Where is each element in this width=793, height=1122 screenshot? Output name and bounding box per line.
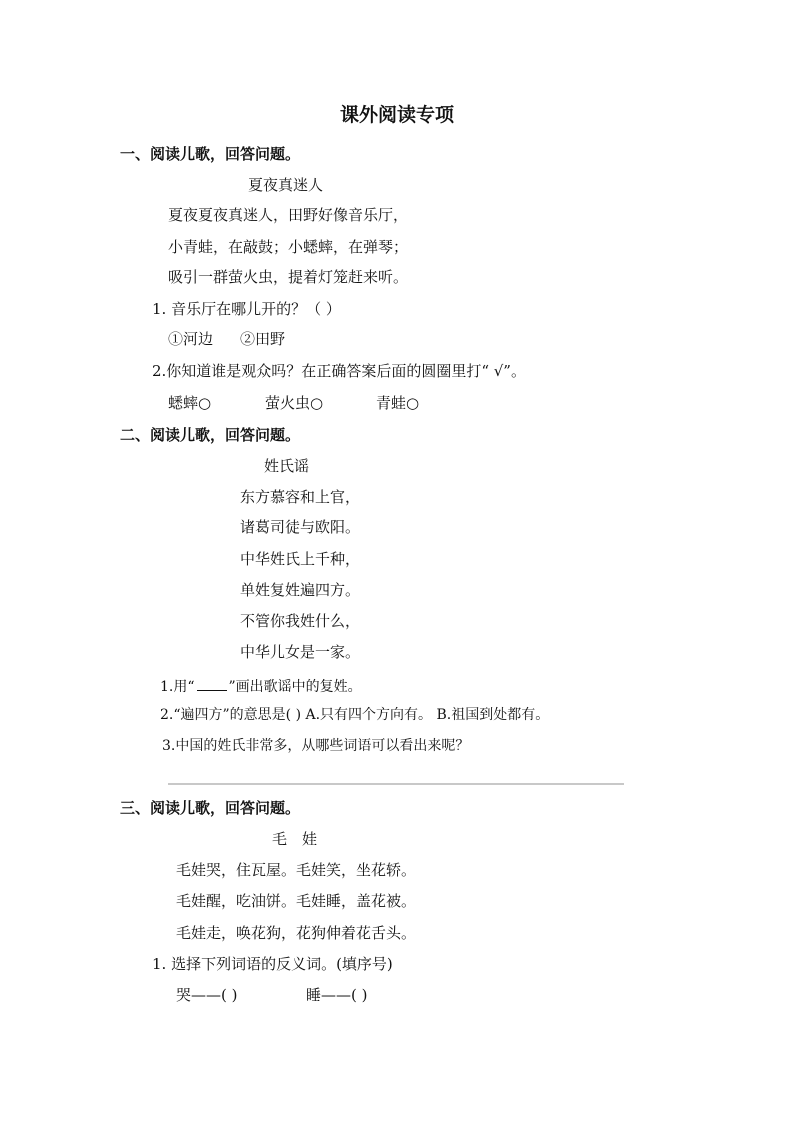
question-1-2: 2.你知道谁是观众吗？在正确答案后面的圆圈里打“ √”。 [152, 364, 526, 379]
question-2-1: 1.用“”画出歌谣中的复姓。 [160, 677, 362, 694]
poem-line: 东方慕容和上官， [240, 490, 360, 505]
poem-line: 毛娃醒，吃油饼。毛娃睡，盖花被。 [176, 894, 416, 909]
answer-line[interactable] [168, 783, 624, 785]
question-2-1-prefix: 1.用“ [160, 679, 195, 695]
option-cricket[interactable]: 蟋蟀○ [168, 396, 211, 411]
option-firefly[interactable]: 萤火虫○ [265, 396, 323, 411]
section-1-heading: 一、阅读儿歌，回答问题。 [120, 147, 300, 162]
poem-line: 夏夜夏夜真迷人，田野好像音乐厅， [168, 208, 408, 223]
question-2-1-suffix: ”画出歌谣中的复姓。 [229, 679, 362, 695]
section-1-poem-title: 夏夜真迷人 [248, 178, 323, 193]
question-3-1: 1. 选择下列词语的反义词。(填序号) [152, 957, 393, 972]
question-1-1: 1. 音乐厅在哪儿开的？（ ） [152, 302, 341, 317]
poem-line: 毛娃走，唤花狗，花狗伸着花舌头。 [176, 926, 416, 941]
section-3-heading: 三、阅读儿歌，回答问题。 [120, 801, 300, 816]
option-field[interactable]: ②田野 [240, 332, 285, 347]
option-riverside[interactable]: ①河边 [168, 332, 213, 347]
poem-line: 诸葛司徒与欧阳。 [240, 520, 360, 535]
poem-line: 吸引一群萤火虫，提着灯笼赶来听。 [168, 270, 408, 285]
poem-line: 小青蛙，在敲鼓；小蟋蟀，在弹琴； [168, 240, 408, 255]
poem-line: 中华儿女是一家。 [240, 645, 360, 660]
poem-line: 毛娃哭，住瓦屋。毛娃笑，坐花轿。 [176, 863, 416, 878]
option-frog[interactable]: 青蛙○ [376, 396, 419, 411]
antonym-sleep-field[interactable]: 睡——( ) [306, 988, 367, 1003]
poem-line: 不管你我姓什么， [240, 614, 360, 629]
section-2-heading: 二、阅读儿歌，回答问题。 [120, 428, 300, 443]
page-title: 课外阅读专项 [340, 106, 454, 125]
antonym-cry-field[interactable]: 哭——( ) [176, 988, 237, 1003]
section-3-poem-title: 毛 娃 [272, 832, 317, 847]
underline-sample [197, 677, 227, 691]
question-2-3: 3.中国的姓氏非常多，从哪些词语可以看出来呢？ [162, 739, 469, 753]
question-2-2: 2.“遍四方”的意思是( ) A.只有四个方向有。 B.祖国到处都有。 [160, 708, 549, 722]
poem-line: 单姓复姓遍四方。 [240, 583, 360, 598]
section-2-poem-title: 姓氏谣 [264, 459, 309, 474]
poem-line: 中华姓氏上千种， [240, 552, 360, 567]
